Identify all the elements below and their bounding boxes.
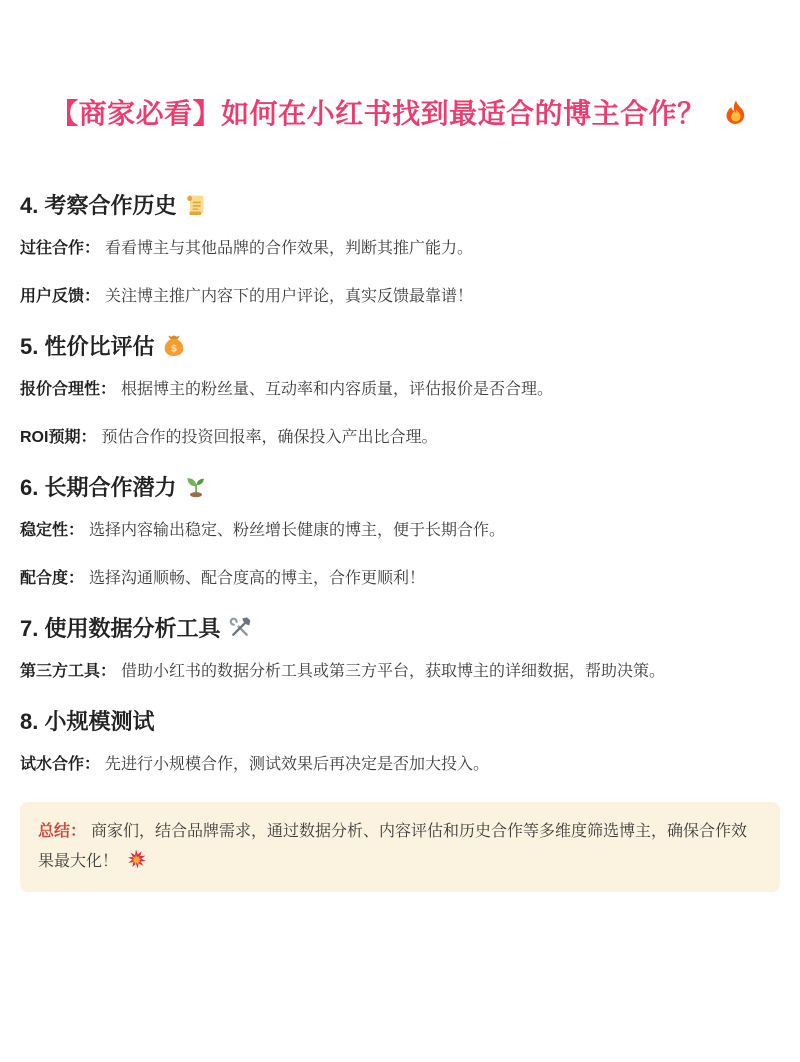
sections-container: 4. 考察合作历史 过往合作：看看博主与其他品牌的合作效果，判断其推广能力。用户… [20, 193, 780, 776]
item-label: 第三方工具： [20, 663, 116, 680]
fire-icon [722, 99, 750, 127]
section-heading: 6. 长期合作潜力 [20, 475, 780, 501]
item-label: 试水合作： [20, 756, 100, 773]
section-item: 过往合作：看看博主与其他品牌的合作效果，判断其推广能力。 [20, 237, 780, 260]
item-label: 报价合理性： [20, 381, 116, 398]
content-section: 7. 使用数据分析工具 第三方工具：借助小红书的数据分析工具或第三方平台，获取博… [20, 616, 780, 683]
item-text: 关注博主推广内容下的用户评论，真实反馈最靠谱！ [105, 288, 473, 305]
collision-icon [126, 849, 146, 869]
section-item: 报价合理性：根据博主的粉丝量、互动率和内容质量，评估报价是否合理。 [20, 378, 780, 401]
content-section: 5. 性价比评估 $ 报价合理性：根据博主的粉丝量、互动率和内容质量，评估报价是… [20, 334, 780, 449]
item-text: 借助小红书的数据分析工具或第三方平台，获取博主的详细数据，帮助决策。 [121, 663, 665, 680]
svg-text:$: $ [171, 343, 178, 354]
item-text: 先进行小规模合作，测试效果后再决定是否加大投入。 [105, 756, 489, 773]
section-heading-text: 6. 长期合作潜力 [20, 475, 176, 500]
section-heading-text: 4. 考察合作历史 [20, 193, 176, 218]
hammer-wrench-icon [228, 616, 252, 640]
section-heading: 4. 考察合作历史 [20, 193, 780, 219]
item-label: 稳定性： [20, 522, 84, 539]
scroll-icon [184, 193, 208, 217]
item-text: 选择沟通顺畅、配合度高的博主，合作更顺利！ [89, 570, 425, 587]
section-heading-text: 5. 性价比评估 [20, 334, 154, 359]
content-section: 6. 长期合作潜力 稳定性：选择内容输出稳定、粉丝增长健康的博主，便于长期合作。… [20, 475, 780, 590]
money-bag-icon: $ [162, 334, 186, 358]
page-title: 【商家必看】如何在小红书找到最适合的博主合作？ [20, 95, 780, 133]
section-item: 用户反馈：关注博主推广内容下的用户评论，真实反馈最靠谱！ [20, 285, 780, 308]
section-item: 第三方工具：借助小红书的数据分析工具或第三方平台，获取博主的详细数据，帮助决策。 [20, 660, 780, 683]
item-text: 看看博主与其他品牌的合作效果，判断其推广能力。 [105, 240, 473, 257]
section-item: 稳定性：选择内容输出稳定、粉丝增长健康的博主，便于长期合作。 [20, 519, 780, 542]
item-text: 选择内容输出稳定、粉丝增长健康的博主，便于长期合作。 [89, 522, 505, 539]
content-section: 8. 小规模测试试水合作：先进行小规模合作，测试效果后再决定是否加大投入。 [20, 709, 780, 776]
seedling-icon [184, 475, 208, 499]
section-item: 配合度：选择沟通顺畅、配合度高的博主，合作更顺利！ [20, 567, 780, 590]
page-title-text: 【商家必看】如何在小红书找到最适合的博主合作？ [50, 98, 706, 129]
section-heading: 8. 小规模测试 [20, 709, 780, 735]
item-label: 配合度： [20, 570, 84, 587]
section-heading: 7. 使用数据分析工具 [20, 616, 780, 642]
section-heading-text: 7. 使用数据分析工具 [20, 616, 220, 641]
item-text: 根据博主的粉丝量、互动率和内容质量，评估报价是否合理。 [121, 381, 553, 398]
item-label: 用户反馈： [20, 288, 100, 305]
section-heading-text: 8. 小规模测试 [20, 709, 154, 734]
section-item: ROI预期：预估合作的投资回报率，确保投入产出比合理。 [20, 426, 780, 449]
summary-box: 总结：商家们，结合品牌需求，通过数据分析、内容评估和历史合作等多维度筛选博主，确… [20, 802, 780, 892]
item-label: ROI预期： [20, 429, 96, 446]
item-text: 预估合作的投资回报率，确保投入产出比合理。 [101, 429, 437, 446]
content-section: 4. 考察合作历史 过往合作：看看博主与其他品牌的合作效果，判断其推广能力。用户… [20, 193, 780, 308]
article-page: 【商家必看】如何在小红书找到最适合的博主合作？ 4. 考察合作历史 过往合作：看… [0, 0, 800, 892]
section-heading: 5. 性价比评估 $ [20, 334, 780, 360]
summary-label: 总结： [38, 823, 86, 840]
section-item: 试水合作：先进行小规模合作，测试效果后再决定是否加大投入。 [20, 753, 780, 776]
item-label: 过往合作： [20, 240, 100, 257]
